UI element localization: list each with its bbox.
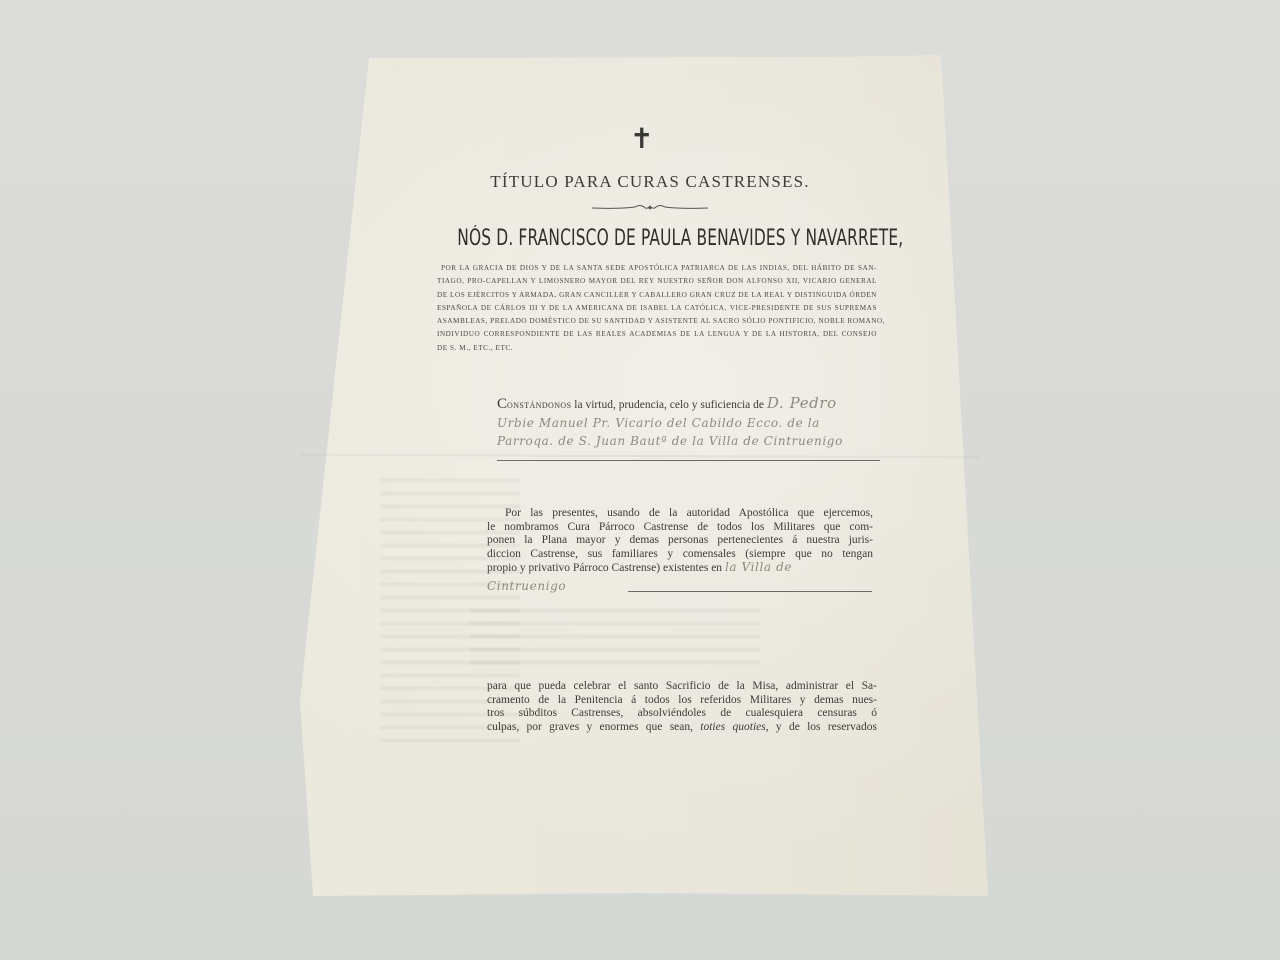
- handwritten-name: D. Pedro: [767, 394, 837, 412]
- clause-text: la virtud, prudencia, celo y suficiencia…: [571, 399, 766, 411]
- document-title: TÍTULO PARA CURAS CASTRENSES.: [420, 172, 880, 192]
- clause-appointment: Por las presentes, usando de la autorida…: [487, 507, 873, 596]
- handwritten-line: Urbie Manuel Pr. Vicario del Cabildo Ecc…: [497, 414, 882, 432]
- clause-line: tros súbditos Castrenses, absolviéndoles…: [487, 707, 877, 721]
- clause-text: , y de los reservados: [766, 721, 877, 733]
- smallcaps-word: onstándonos: [507, 401, 571, 410]
- titles-line: por la gracia de dios y de la santa sede…: [437, 262, 877, 275]
- issuer-heading: NÓS D. FRANCISCO DE PAULA BENAVIDES Y NA…: [457, 226, 828, 251]
- titles-line: de los ejércitos y armada, gran cancille…: [437, 289, 877, 302]
- titles-line: tiago, pro-capellan y limosnero mayor de…: [437, 275, 877, 288]
- flourish-ornament: [590, 200, 710, 214]
- titles-line: española de cárlos iii y de la americana…: [437, 302, 877, 315]
- clause-line: para que pueda celebrar el santo Sacrifi…: [487, 680, 877, 694]
- handwritten-place: la Villa de: [725, 560, 792, 574]
- clause-line: cramento de la Penitencia á todos los re…: [487, 694, 877, 708]
- titles-line: de s. m., etc., etc.: [437, 342, 877, 355]
- latin-phrase: toties quoties: [700, 721, 765, 733]
- handwritten-place: Cintruenigo: [487, 576, 873, 596]
- titles-line: individuo correspondiente de las reales …: [437, 328, 877, 341]
- fill-in-rule: [497, 460, 880, 461]
- handwritten-line: Parroqa. de S. Juan Bautª de la Villa de…: [497, 432, 882, 450]
- clause-faculties: para que pueda celebrar el santo Sacrifi…: [487, 680, 877, 734]
- clause-text: culpas, por graves y enormes que sean,: [487, 721, 700, 733]
- clause-line: propio y privativo Párroco Castrense) ex…: [487, 562, 725, 574]
- clause-line: diccion Castrense, sus familiares y come…: [487, 548, 873, 562]
- clause-appointee: Constándonos la virtud, prudencia, celo …: [497, 395, 882, 450]
- clause-line: Por las presentes, usando de la autorida…: [487, 507, 873, 521]
- titles-line: asambleas, prelado doméstico de su santi…: [437, 315, 877, 328]
- issuer-titles: por la gracia de dios y de la santa sede…: [437, 262, 877, 355]
- drop-initial: C: [497, 396, 507, 412]
- clause-line: le nombramos Cura Párroco Castrense de t…: [487, 521, 873, 535]
- cross-icon: ✝: [630, 124, 650, 156]
- clause-line: ponen la Plana mayor y demas personas pe…: [487, 534, 873, 548]
- fill-in-rule: [628, 591, 872, 592]
